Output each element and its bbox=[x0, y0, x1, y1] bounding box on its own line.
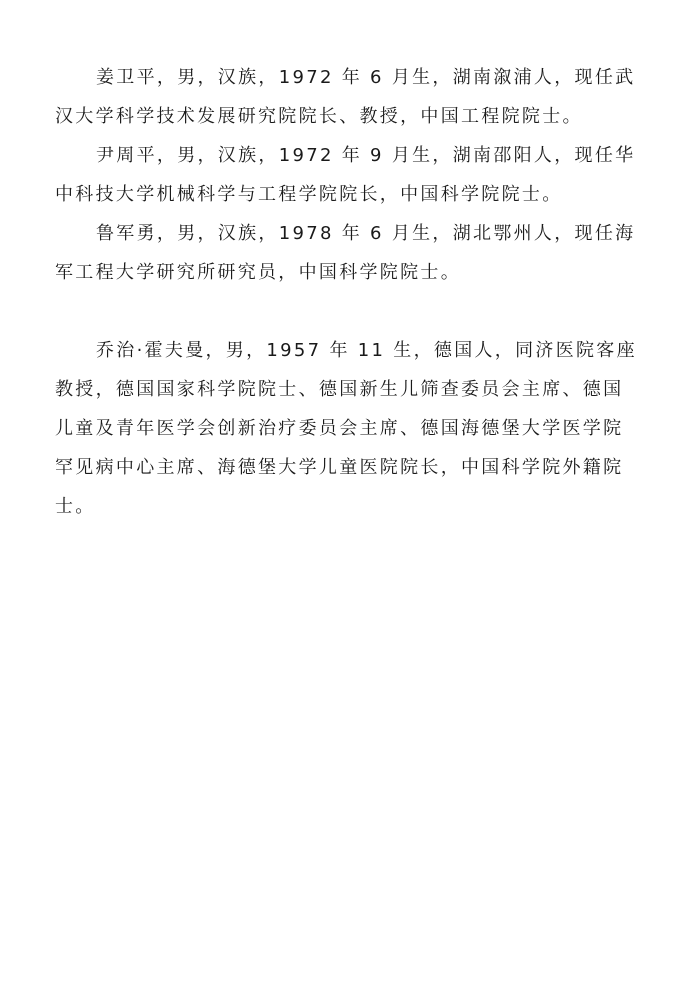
text-line: 教授，德国国家科学院院士、德国新生儿筛查委员会主席、德国 bbox=[55, 370, 645, 409]
text-line: 姜卫平，男，汉族，1972 年 6 月生，湖南溆浦人，现任武 bbox=[55, 58, 645, 97]
paragraph-jiang-weiping: 姜卫平，男，汉族，1972 年 6 月生，湖南溆浦人，现任武 汉大学科学技术发展… bbox=[55, 58, 645, 136]
text-line: 中科技大学机械科学与工程学院院长，中国科学院院士。 bbox=[55, 175, 645, 214]
document-page: 姜卫平，男，汉族，1972 年 6 月生，湖南溆浦人，现任武 汉大学科学技术发展… bbox=[0, 0, 692, 1005]
text-line: 士。 bbox=[55, 487, 645, 526]
text-line: 军工程大学研究所研究员，中国科学院院士。 bbox=[55, 253, 645, 292]
text-line: 尹周平，男，汉族，1972 年 9 月生，湖南邵阳人，现任华 bbox=[55, 136, 645, 175]
paragraph-yin-zhouping: 尹周平，男，汉族，1972 年 9 月生，湖南邵阳人，现任华 中科技大学机械科学… bbox=[55, 136, 645, 214]
text-line: 汉大学科学技术发展研究院院长、教授，中国工程院院士。 bbox=[55, 97, 645, 136]
text-line: 鲁军勇，男，汉族，1978 年 6 月生，湖北鄂州人，现任海 bbox=[55, 214, 645, 253]
paragraph-georg-hoffmann: 乔治·霍夫曼，男，1957 年 11 生，德国人，同济医院客座 教授，德国国家科… bbox=[55, 331, 645, 526]
text-line: 儿童及青年医学会创新治疗委员会主席、德国海德堡大学医学院 bbox=[55, 409, 645, 448]
text-line: 乔治·霍夫曼，男，1957 年 11 生，德国人，同济医院客座 bbox=[55, 331, 645, 370]
text-line: 罕见病中心主席、海德堡大学儿童医院院长，中国科学院外籍院 bbox=[55, 448, 645, 487]
paragraph-lu-junyong: 鲁军勇，男，汉族，1978 年 6 月生，湖北鄂州人，现任海 军工程大学研究所研… bbox=[55, 214, 645, 292]
